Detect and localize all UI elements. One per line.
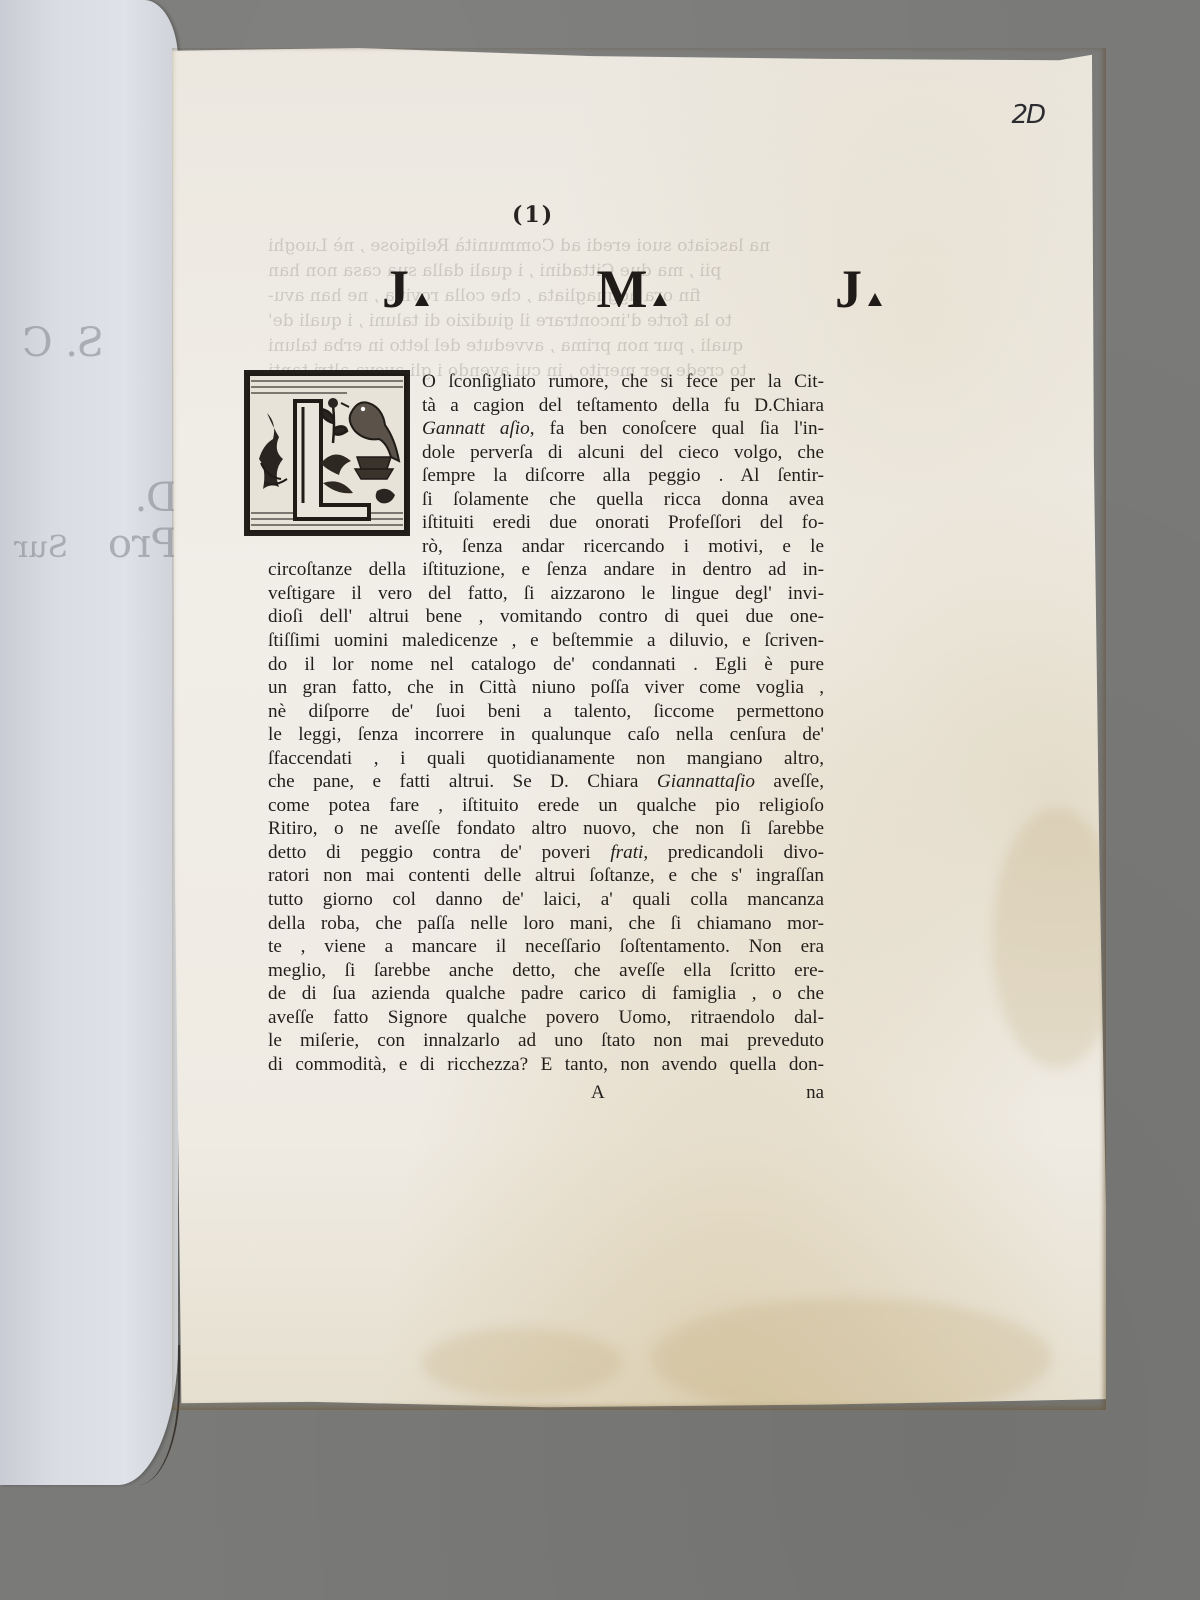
water-stain [652,1298,1052,1418]
catchword: na [806,1082,824,1104]
handwritten-folio-note: 2D [1011,100,1044,130]
text-line: ſempre la diſcorre alla peggio . Al ſent… [422,464,824,488]
text-line: veſtigare il vero del fatto, ſi aizzaron… [268,582,824,606]
signature-mark: A [591,1082,605,1104]
text-line: Ritiro, o ne aveſſe fondato altro nuovo,… [268,817,824,841]
text-line: Gannatt aſio, fa ben conoſcere qual ſia … [422,417,824,441]
text-fragment: aveſſe, [755,771,824,792]
text-line: come potea fare , iſtituito erede un qua… [268,794,824,818]
left-facing-page: S. C D. Pro Sur [0,0,178,1485]
bleed-line: quali , pur non prima , avvedute del let… [268,334,828,359]
text-line: te , viene a mancare il neceſſario ſoſte… [268,935,824,959]
text-line: nè diſporre de' ſuoi beni a talento, ſic… [268,700,824,724]
text-fragment: , predicandoli divo- [643,842,824,863]
text-line: detto di peggio contra de' poveri frati,… [268,841,824,865]
text-fragment: che pane, e fatti altrui. Se D. Chiara [268,771,657,792]
text-fragment: detto di peggio contra de' poveri [268,842,610,863]
text-fragment: , fa ben conoſcere qual ſia l'in- [530,418,824,439]
text-line: rò, ſenza andar ricercando i motivi, e l… [422,535,824,559]
page-number: (1) [512,202,554,228]
document-page: na lasciato suoi eredi ad Communità Reli… [172,48,1106,1410]
text-line: aveſſe fatto Signore qualche povero Uomo… [268,1006,824,1030]
text-line: dioſi dell' altrui bene , vomitando cont… [268,605,824,629]
text-line: iſtituiti eredi due onorati Profeſſori d… [422,511,824,535]
ghost-mark: S. C [22,320,104,366]
text-line: O ſconſigliato rumore, che si fece per l… [422,370,824,394]
invocation-letter: J [835,258,862,320]
ghost-mark: Sur [14,530,68,565]
text-line: dole perverſa di alcuni del cieco volgo,… [422,441,824,465]
text-line: ſi ſolamente che quella ricca donna avea [422,488,824,512]
text-line: tutto giorno col danno de' laici, a' qua… [268,888,824,912]
invocation-letter: M [597,258,648,320]
text-line: le miſerie, con innalzarlo ad uno ſtato … [268,1029,824,1053]
invocation-letter: J [382,258,409,320]
body-text: O ſconſigliato rumore, che si fece per l… [268,370,824,1076]
text-line: un gran fatto, che in Città niuno poſſa … [268,676,824,700]
ghost-mark: D. Pro [62,475,178,567]
text-line: de di ſua azienda qualche padre carico d… [268,982,824,1006]
text-line: che pane, e fatti altrui. Se D. Chiara G… [268,770,824,794]
text-line: ratori non mai contenti delle altrui ſoſ… [268,864,824,888]
text-line: di commodità, e di ricchezza? E tanto, n… [268,1053,824,1077]
text-line: ſfaccendati , i quali quotidianamente no… [268,747,824,771]
text-line: circoſtanze della iſtituzione, e ſenza a… [268,558,824,582]
text-line: meglio, ſi ſarebbe anche detto, che aveſ… [268,959,824,983]
text-line: della roba, che paſſa nelle loro mani, c… [268,912,824,936]
text-line: le leggi, ſenza incorrere in qualunque c… [268,723,824,747]
italic-word: frati [610,842,643,863]
italic-name: Giannattaſio [657,771,755,792]
italic-name: Gannatt aſio [422,418,530,439]
bleed-line: na lasciato suoi eredi ad Communità Reli… [268,234,828,259]
invocation-heading: J M J [382,258,862,320]
water-stain [422,1328,622,1398]
text-line: do il lor nome nel catalogo de' condanna… [268,653,824,677]
text-line: tà a cagion del teſtamento della fu D.Ch… [422,394,824,418]
text-line: ſtiſſimi uomini maledicenze , e beſtemmi… [268,629,824,653]
